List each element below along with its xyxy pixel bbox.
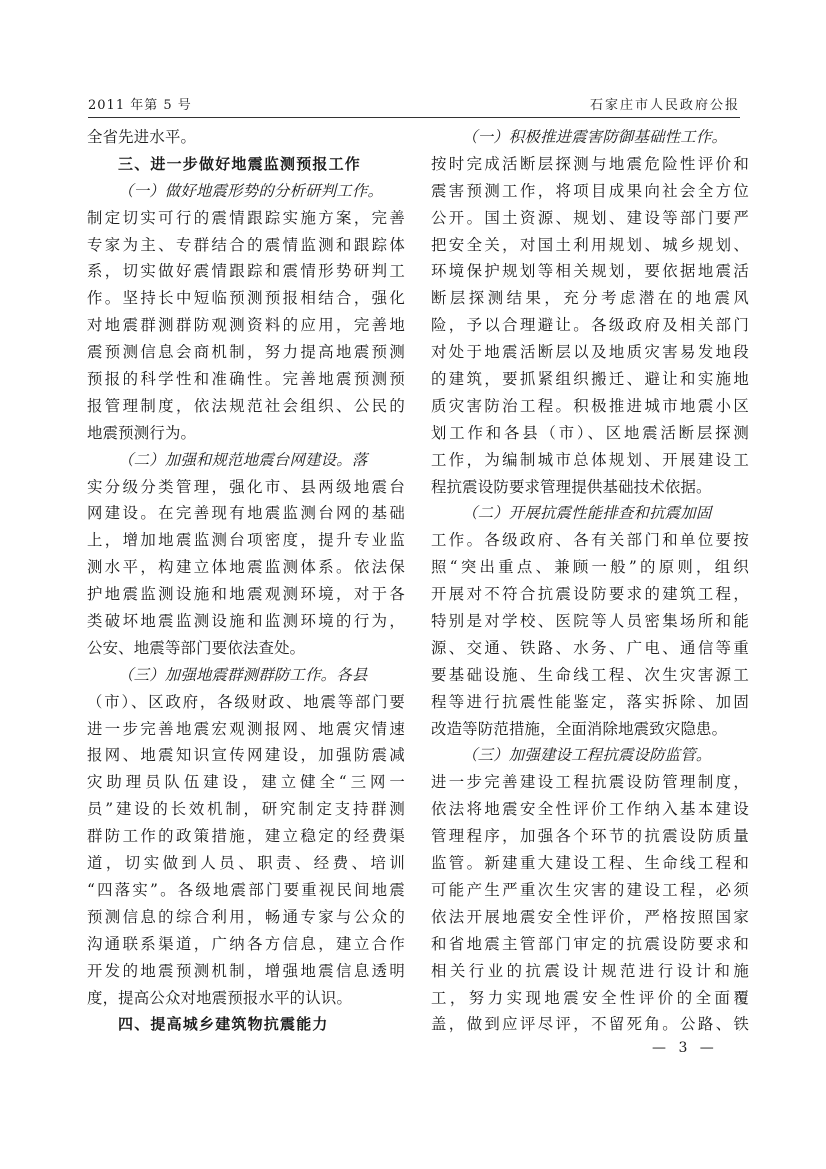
paragraph-line: 作。坚持长中短临预测预报相结合，强化 — [87, 285, 405, 312]
paragraph-line: 监管。新建重大建设工程、生命线工程和 — [431, 850, 749, 877]
paragraph-line: 按时完成活断层探测与地震危险性评价和 — [431, 151, 749, 178]
paragraph-line: 地震预测行为。 — [87, 420, 405, 447]
paragraph-line: 员”建设的长效机制，研究制定支持群测 — [87, 796, 405, 823]
paragraph-line: 工作。各级政府、各有关部门和单位要按 — [431, 527, 749, 554]
paragraph-line: 可能产生严重次生灾害的建设工程，必须 — [431, 877, 749, 904]
paragraph-line: 专家为主、专群结合的震情监测和跟踪体 — [87, 232, 405, 259]
paragraph-line: 工作，为编制城市总体规划、开展建设工 — [431, 447, 749, 474]
subsection-heading-line: （一）做好地震形势的分析研判工作。 — [87, 178, 405, 205]
paragraph-line: 震预测信息会商机制，努力提高地震预测 — [87, 339, 405, 366]
paragraph-line: “四落实”。各级地震部门要重视民间地震 — [87, 877, 405, 904]
paragraph-line: 程等进行抗震性能鉴定，落实拆除、加固 — [431, 689, 749, 716]
publication-title: 石家庄市人民政府公报 — [590, 94, 740, 113]
subsection-heading-line: （三）加强建设工程抗震设防监管。 — [431, 742, 749, 769]
right-column: （一）积极推进震害防御基础性工作。按时完成活断层探测与地震危险性评价和震害预测工… — [431, 124, 749, 1038]
paragraph-line: 灾助理员队伍建设，建立健全“三网一 — [87, 769, 405, 796]
paragraph-line: 震害预测工作，将项目成果向社会全方位 — [431, 178, 749, 205]
paragraph-line: 公安、地震等部门要依法查处。 — [87, 635, 405, 662]
section-heading: 四、提高城乡建筑物抗震能力 — [87, 1011, 405, 1038]
paragraph-line: 相关行业的抗震设计规范进行设计和施 — [431, 958, 749, 985]
subsection-heading-line: （三）加强地震群测群防工作。各县 — [87, 662, 405, 689]
paragraph-line: 预报的科学性和准确性。完善地震预测预 — [87, 366, 405, 393]
paragraph-line: 对处于地震活断层以及地质灾害易发地段 — [431, 339, 749, 366]
subsection-heading-line: （二）加强和规范地震台网建设。落 — [87, 447, 405, 474]
paragraph-line: 要基础设施、生命线工程、次生灾害源工 — [431, 662, 749, 689]
paragraph-line: 和省地震主管部门审定的抗震设防要求和 — [431, 931, 749, 958]
paragraph-line: 预测信息的综合利用，畅通专家与公众的 — [87, 904, 405, 931]
paragraph-line: 开发的地震预测机制，增强地震信息透明 — [87, 958, 405, 985]
header-rule — [88, 117, 740, 118]
paragraph-line: 管理程序，加强各个环节的抗震设防质量 — [431, 823, 749, 850]
paragraph-line: 公开。国土资源、规划、建设等部门要严 — [431, 205, 749, 232]
paragraph-line: 开展对不符合抗震设防要求的建筑工程， — [431, 581, 749, 608]
paragraph-line: 对地震群测群防观测资料的应用，完善地 — [87, 312, 405, 339]
paragraph-line: 护地震监测设施和地震观测环境，对于各 — [87, 581, 405, 608]
paragraph-line: 报管理制度，依法规范社会组织、公民的 — [87, 393, 405, 420]
paragraph-line: 报网、地震知识宣传网建设，加强防震减 — [87, 742, 405, 769]
paragraph-line: 把安全关，对国土利用规划、城乡规划、 — [431, 232, 749, 259]
running-header: 2011 年第 5 号 石家庄市人民政府公报 — [88, 94, 740, 116]
paragraph-line: 断层探测结果，充分考虑潜在的地震风 — [431, 285, 749, 312]
paragraph-line: 进一步完善地震宏观测报网、地震灾情速 — [87, 716, 405, 743]
paragraph-line: 盖，做到应评尽评，不留死角。公路、铁 — [431, 1011, 749, 1038]
paragraph-line: 类破坏地震监测设施和监测环境的行为， — [87, 608, 405, 635]
paragraph-line: 的建筑，要抓紧组织搬迁、避让和实施地 — [431, 366, 749, 393]
section-heading: 三、进一步做好地震监测预报工作 — [87, 151, 405, 178]
paragraph-line: 系，切实做好震情跟踪和震情形势研判工 — [87, 258, 405, 285]
paragraph-line: 划工作和各县（市）、区地震活断层探测 — [431, 420, 749, 447]
paragraph-line: 特别是对学校、医院等人员密集场所和能 — [431, 608, 749, 635]
paragraph-line: 全省先进水平。 — [87, 124, 405, 151]
paragraph-line: 群防工作的政策措施，建立稳定的经费渠 — [87, 823, 405, 850]
paragraph-line: 改造等防范措施，全面消除地震致灾隐患。 — [431, 716, 749, 743]
paragraph-line: 险，予以合理避让。各级政府及相关部门 — [431, 312, 749, 339]
subsection-heading-line: （一）积极推进震害防御基础性工作。 — [431, 124, 749, 151]
paragraph-line: 度，提高公众对地震预报水平的认识。 — [87, 985, 405, 1012]
paragraph-line: 程抗震设防要求管理提供基础技术依据。 — [431, 474, 749, 501]
left-column: 全省先进水平。三、进一步做好地震监测预报工作（一）做好地震形势的分析研判工作。制… — [87, 124, 405, 1038]
paragraph-line: 沟通联系渠道，广纳各方信息，建立合作 — [87, 931, 405, 958]
paragraph-line: 网建设。在完善现有地震监测台网的基础 — [87, 500, 405, 527]
paragraph-line: 依法将地震安全性评价工作纳入基本建设 — [431, 796, 749, 823]
paragraph-line: 照“突出重点、兼顾一般”的原则，组织 — [431, 554, 749, 581]
page-number: — 3 — — [652, 1040, 718, 1056]
paragraph-line: 进一步完善建设工程抗震设防管理制度， — [431, 769, 749, 796]
paragraph-line: 质灾害防治工程。积极推进城市地震小区 — [431, 393, 749, 420]
paragraph-line: 道，切实做到人员、职责、经费、培训 — [87, 850, 405, 877]
paragraph-line: 源、交通、铁路、水务、广电、通信等重 — [431, 635, 749, 662]
paragraph-line: 依法开展地震安全性评价，严格按照国家 — [431, 904, 749, 931]
paragraph-line: 实分级分类管理，强化市、县两级地震台 — [87, 474, 405, 501]
paragraph-line: （市）、区政府，各级财政、地震等部门要 — [87, 689, 405, 716]
issue-label: 2011 年第 5 号 — [88, 94, 192, 113]
subsection-heading-line: （二）开展抗震性能排查和抗震加固 — [431, 500, 749, 527]
paragraph-line: 工，努力实现地震安全性评价的全面覆 — [431, 985, 749, 1012]
paragraph-line: 环境保护规划等相关规划，要依据地震活 — [431, 258, 749, 285]
paragraph-line: 上，增加地震监测台项密度，提升专业监 — [87, 527, 405, 554]
paragraph-line: 制定切实可行的震情跟踪实施方案，完善 — [87, 205, 405, 232]
paragraph-line: 测水平，构建立体地震监测体系。依法保 — [87, 554, 405, 581]
